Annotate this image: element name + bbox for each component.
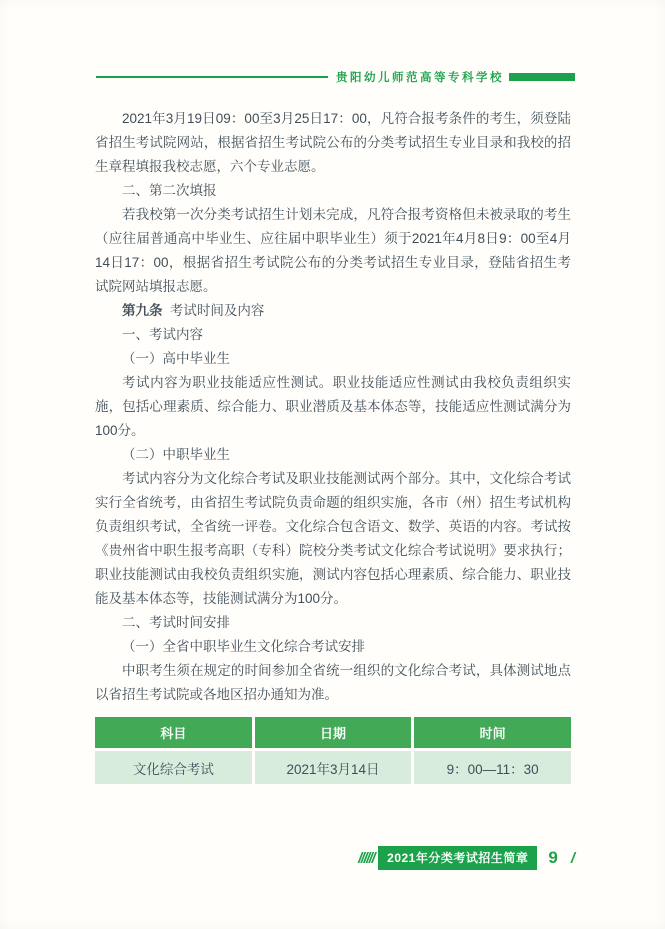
- table-header-row: 科目 日期 时间: [95, 717, 571, 748]
- footer-end-slash-decoration: /: [571, 850, 575, 867]
- paragraph-voc-test: 考试内容分为文化综合考试及职业技能测试两个部分。其中，文化综合考试实行全省统考，…: [95, 467, 571, 611]
- heading-exam-schedule: 二、考试时间安排: [95, 611, 571, 635]
- paragraph-second-fill: 若我校第一次分类考试招生计划未完成，凡符合报考资格但未被录取的考生（应往届普通高…: [95, 203, 571, 299]
- footer-banner: 2021年分类考试招生简章: [378, 846, 537, 870]
- heading-second-fill: 二、第二次填报: [95, 179, 571, 203]
- footer-slashes-decoration: //////: [358, 850, 374, 867]
- table-header-date: 日期: [255, 717, 412, 748]
- cell-date: 2021年3月14日: [255, 751, 412, 784]
- heading-hs-graduates: （一）高中毕业生: [95, 347, 571, 371]
- heading-culture-exam: （一）全省中职毕业生文化综合考试安排: [95, 635, 571, 659]
- cell-time: 9：00—11：30: [414, 751, 571, 784]
- heading-voc-graduates: （二）中职毕业生: [95, 443, 571, 467]
- header-rule-line: [96, 76, 328, 78]
- article-9-label: 第九条: [122, 303, 163, 318]
- page-header: 贵阳幼儿师范高等专科学校: [96, 66, 575, 88]
- paragraph-exam-location: 中职考生须在规定的时间参加全省统一组织的文化综合考试，具体测试地点以省招生考试院…: [95, 659, 571, 707]
- table-header-subject: 科目: [95, 717, 252, 748]
- header-green-bar: [509, 73, 575, 81]
- exam-schedule-table: 科目 日期 时间 文化综合考试 2021年3月14日 9：00—11：30: [92, 714, 574, 787]
- table-row: 文化综合考试 2021年3月14日 9：00—11：30: [95, 751, 571, 784]
- document-page: 贵阳幼儿师范高等专科学校 2021年3月19日09：00至3月25日17：00，…: [0, 0, 665, 929]
- paragraph-hs-test: 考试内容为职业技能适应性测试。职业技能适应性测试由我校负责组织实施，包括心理素质…: [95, 371, 571, 443]
- page-footer: ////// 2021年分类考试招生简章 9 /: [358, 846, 575, 870]
- document-body: 2021年3月19日09：00至3月25日17：00，凡符合报考条件的考生，须登…: [95, 107, 571, 707]
- paragraph-first-fill: 2021年3月19日09：00至3月25日17：00，凡符合报考条件的考生，须登…: [95, 107, 571, 179]
- cell-subject: 文化综合考试: [95, 751, 252, 784]
- table-header-time: 时间: [414, 717, 571, 748]
- heading-article-9: 第九条考试时间及内容: [95, 299, 571, 323]
- article-9-title: 考试时间及内容: [170, 303, 265, 318]
- heading-exam-content: 一、考试内容: [95, 323, 571, 347]
- school-name: 贵阳幼儿师范高等专科学校: [336, 69, 504, 85]
- page-number: 9: [548, 848, 557, 868]
